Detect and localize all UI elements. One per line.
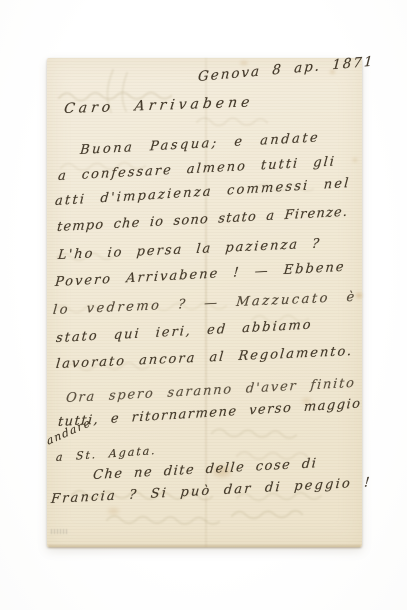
corner-mark — [51, 529, 67, 534]
handwriting-line-5: L'ho io persa la pazienza ? — [57, 236, 322, 263]
handwriting-line-4: tempo che io sono stato a Firenze. — [56, 205, 349, 235]
handwriting-line-1: Buona Pasqua; e andate — [79, 130, 320, 158]
letter-photograph: Genova 8 ap. 1871 Caro Arrivabene Buona … — [0, 0, 407, 610]
handwriting-line-8: stato qui ieri, ed abbiamo — [55, 318, 313, 347]
handwriting-line-12: a St. Agata. — [55, 443, 157, 465]
handwriting-line-6: Povero Arrivabene ! — Ebbene — [54, 260, 346, 290]
handwriting-salutation: Caro Arrivabene — [63, 95, 254, 117]
handwriting-date-line: Genova 8 ap. 1871 — [197, 54, 374, 85]
foxing-stain — [108, 508, 119, 514]
letter-sheet: Genova 8 ap. 1871 Caro Arrivabene Buona … — [47, 58, 362, 547]
foxing-stain — [353, 158, 357, 162]
